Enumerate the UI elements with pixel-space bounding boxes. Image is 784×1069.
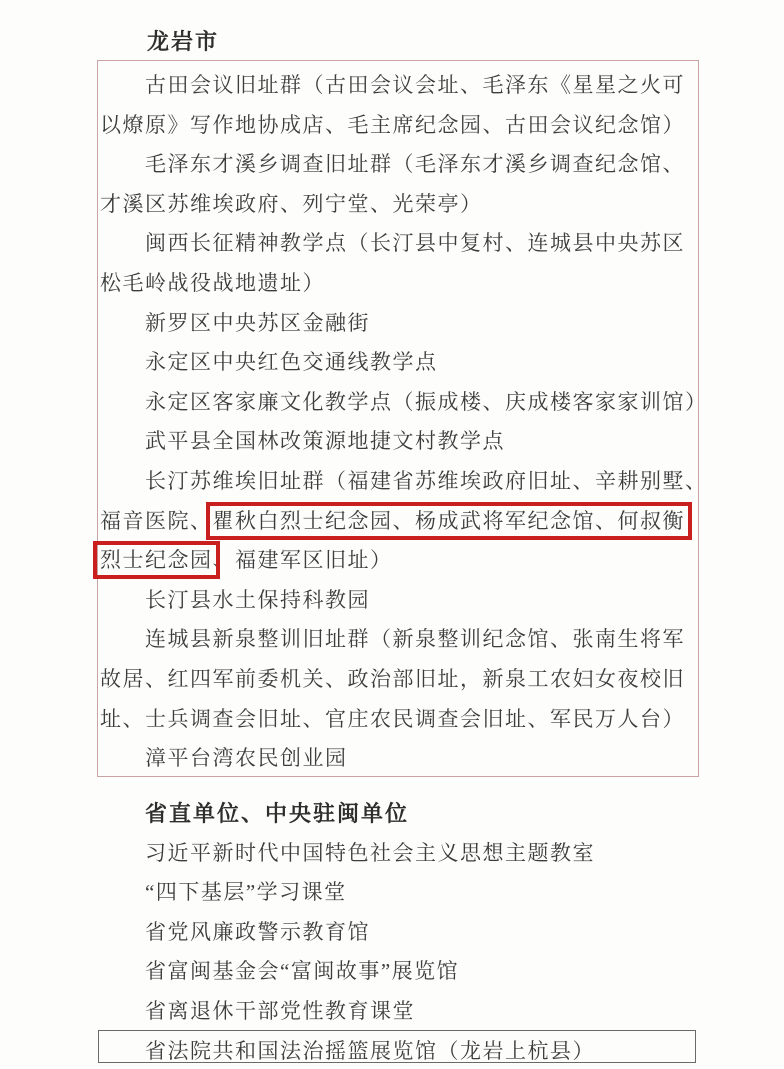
- site-list-line: 古田会议旧址群（古田会议会址、毛泽东《星星之火可: [100, 66, 698, 106]
- site-list-line: 漳平台湾农民创业园: [100, 739, 698, 779]
- highlighted-site-text: 瞿秋白烈士纪念园、杨成武将军纪念馆、何叔衡: [213, 509, 686, 533]
- site-list-line: 省离退休干部党性教育课堂: [100, 992, 700, 1032]
- site-list-line: “四下基层”学习课堂: [100, 873, 700, 913]
- site-list-line: 址、士兵调查会旧址、官庄农民调查会旧址、军民万人台）: [100, 700, 698, 740]
- site-list-line: 省党风廉政警示教育馆: [100, 913, 700, 953]
- boxed-site-line: 省法院共和国法治摇篮展览馆（龙岩上杭县）: [100, 1032, 700, 1069]
- highlighted-site-text: 烈士纪念园: [100, 548, 213, 572]
- document-page: 龙岩市 古田会议旧址群（古田会议会址、毛泽东《星星之火可 以燎原》写作地协成店、…: [0, 0, 784, 1069]
- section-heading-longyan: 龙岩市: [147, 30, 219, 54]
- site-list-line: 闽西长征精神教学点（长汀县中复村、连城县中央苏区: [100, 224, 698, 264]
- site-text: 福音医院、: [100, 509, 213, 533]
- site-list-line: 松毛岭战役战地遗址）: [100, 264, 698, 304]
- longyan-sites-box: 古田会议旧址群（古田会议会址、毛泽东《星星之火可 以燎原》写作地协成店、毛主席纪…: [97, 60, 699, 777]
- site-list-line: 长汀县水土保持科教园: [100, 581, 698, 621]
- site-list-line: 武平县全国林改策源地捷文村教学点: [100, 422, 698, 462]
- site-list-line: 长汀苏维埃旧址群（福建省苏维埃政府旧址、辛耕别墅、: [100, 462, 698, 502]
- site-list-line: 永定区中央红色交通线教学点: [100, 343, 698, 383]
- site-list-line: 永定区客家廉文化教学点（振成楼、庆成楼客家家训馆）: [100, 383, 698, 423]
- site-list-line: 习近平新时代中国特色社会主义思想主题教室: [100, 834, 700, 874]
- site-list-line: 新罗区中央苏区金融街: [100, 304, 698, 344]
- site-list-line: 毛泽东才溪乡调查旧址群（毛泽东才溪乡调查纪念馆、: [100, 145, 698, 185]
- site-list-line: 故居、红四军前委机关、政治部旧址，新泉工农妇女夜校旧: [100, 660, 698, 700]
- site-list-line: 以燎原》写作地协成店、毛主席纪念园、古田会议纪念馆）: [100, 106, 698, 146]
- site-list-line: 才溪区苏维埃政府、列宁堂、光荣亭）: [100, 185, 698, 225]
- site-list-line: 福音医院、瞿秋白烈士纪念园、杨成武将军纪念馆、何叔衡: [100, 502, 698, 542]
- site-list-line: 连城县新泉整训旧址群（新泉整训纪念馆、张南生将军: [100, 620, 698, 660]
- section-heading-provincial: 省直单位、中央驻闽单位: [100, 794, 700, 834]
- site-list-line: 省富闽基金会“富闽故事”展览馆: [100, 952, 700, 992]
- site-text: 、福建军区旧址）: [213, 548, 393, 572]
- site-list-line: 烈士纪念园、福建军区旧址）: [100, 541, 698, 581]
- provincial-units-section: 省直单位、中央驻闽单位 习近平新时代中国特色社会主义思想主题教室 “四下基层”学…: [100, 794, 700, 1069]
